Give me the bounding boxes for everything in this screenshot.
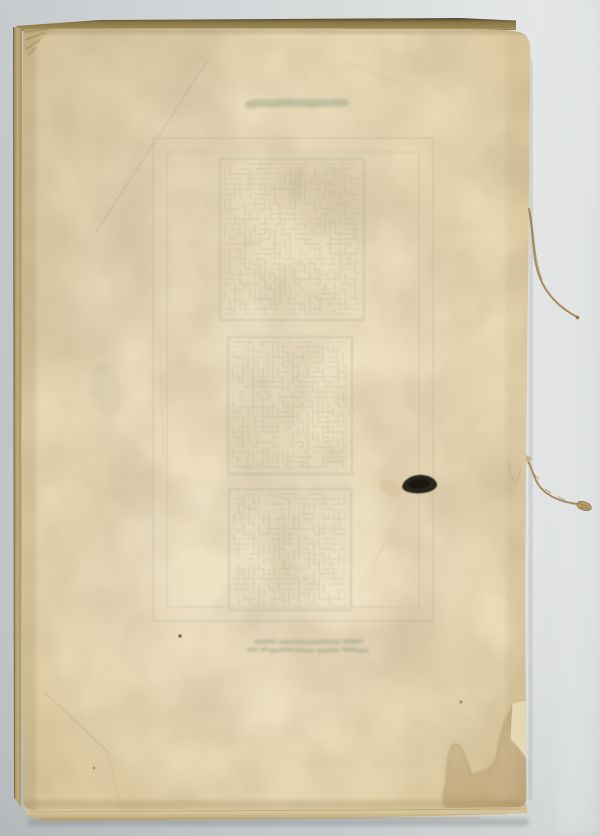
book-scan <box>0 0 600 836</box>
scan-grain <box>0 0 600 836</box>
